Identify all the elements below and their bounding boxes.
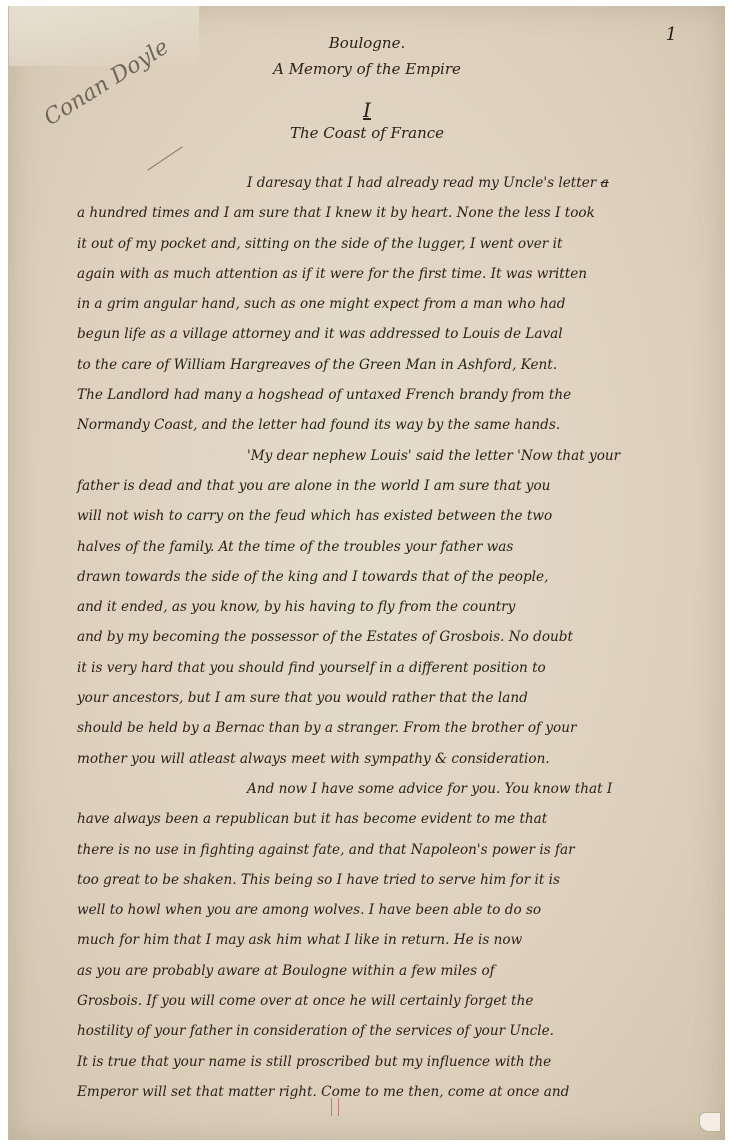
chapter-title: The Coast of France	[9, 124, 725, 142]
text-line: Grosbois. If you will come over at once …	[77, 986, 717, 1016]
text-line: again with as much attention as if it we…	[77, 259, 717, 289]
pencil-stroke	[147, 146, 182, 170]
text-line: Emperor will set that matter right. Come…	[77, 1077, 717, 1107]
text-line: much for him that I may ask him what I l…	[77, 925, 717, 955]
text-line: your ancestors, but I am sure that you w…	[77, 683, 717, 713]
text-line: begun life as a village attorney and it …	[77, 319, 717, 349]
text-line: a hundred times and I am sure that I kne…	[77, 198, 717, 228]
text-line: and it ended, as you know, by his having…	[77, 592, 717, 622]
text-line: It is true that your name is still prosc…	[77, 1047, 717, 1077]
paper-tear	[699, 1112, 721, 1132]
manuscript-subtitle: A Memory of the Empire	[9, 60, 725, 78]
text-line: it is very hard that you should find you…	[77, 653, 717, 683]
text-line: there is no use in fighting against fate…	[77, 835, 717, 865]
text-line: should be held by a Bernac than by a str…	[77, 713, 717, 743]
text-line: 'My dear nephew Louis' said the letter '…	[77, 441, 717, 471]
text-line: hostility of your father in consideratio…	[77, 1016, 717, 1046]
text-line: too great to be shaken. This being so I …	[77, 865, 717, 895]
line-text: I daresay that I had already read my Unc…	[247, 175, 601, 191]
text-line: Normandy Coast, and the letter had found…	[77, 410, 717, 440]
text-line: And now I have some advice for you. You …	[77, 774, 717, 804]
text-line: I daresay that I had already read my Unc…	[77, 168, 717, 198]
red-ink-mark	[331, 1098, 339, 1116]
manuscript-page: 1 Conan Doyle Boulogne. A Memory of the …	[8, 6, 725, 1140]
text-line: have always been a republican but it has…	[77, 804, 717, 834]
text-line: in a grim angular hand, such as one migh…	[77, 289, 717, 319]
text-line: father is dead and that you are alone in…	[77, 471, 717, 501]
manuscript-body: I daresay that I had already read my Unc…	[77, 168, 717, 1107]
text-line: to the care of William Hargreaves of the…	[77, 350, 717, 380]
text-line: it out of my pocket and, sitting on the …	[77, 229, 717, 259]
text-line: and by my becoming the possessor of the …	[77, 622, 717, 652]
text-line: will not wish to carry on the feud which…	[77, 501, 717, 531]
text-line: drawn towards the side of the king and I…	[77, 562, 717, 592]
struck-word: a	[601, 175, 609, 191]
text-line: as you are probably aware at Boulogne wi…	[77, 956, 717, 986]
text-line: well to howl when you are among wolves. …	[77, 895, 717, 925]
manuscript-title: Boulogne.	[9, 34, 725, 52]
text-line: The Landlord had many a hogshead of unta…	[77, 380, 717, 410]
text-line: mother you will atleast always meet with…	[77, 744, 717, 774]
text-line: halves of the family. At the time of the…	[77, 532, 717, 562]
chapter-number: I	[9, 98, 725, 122]
